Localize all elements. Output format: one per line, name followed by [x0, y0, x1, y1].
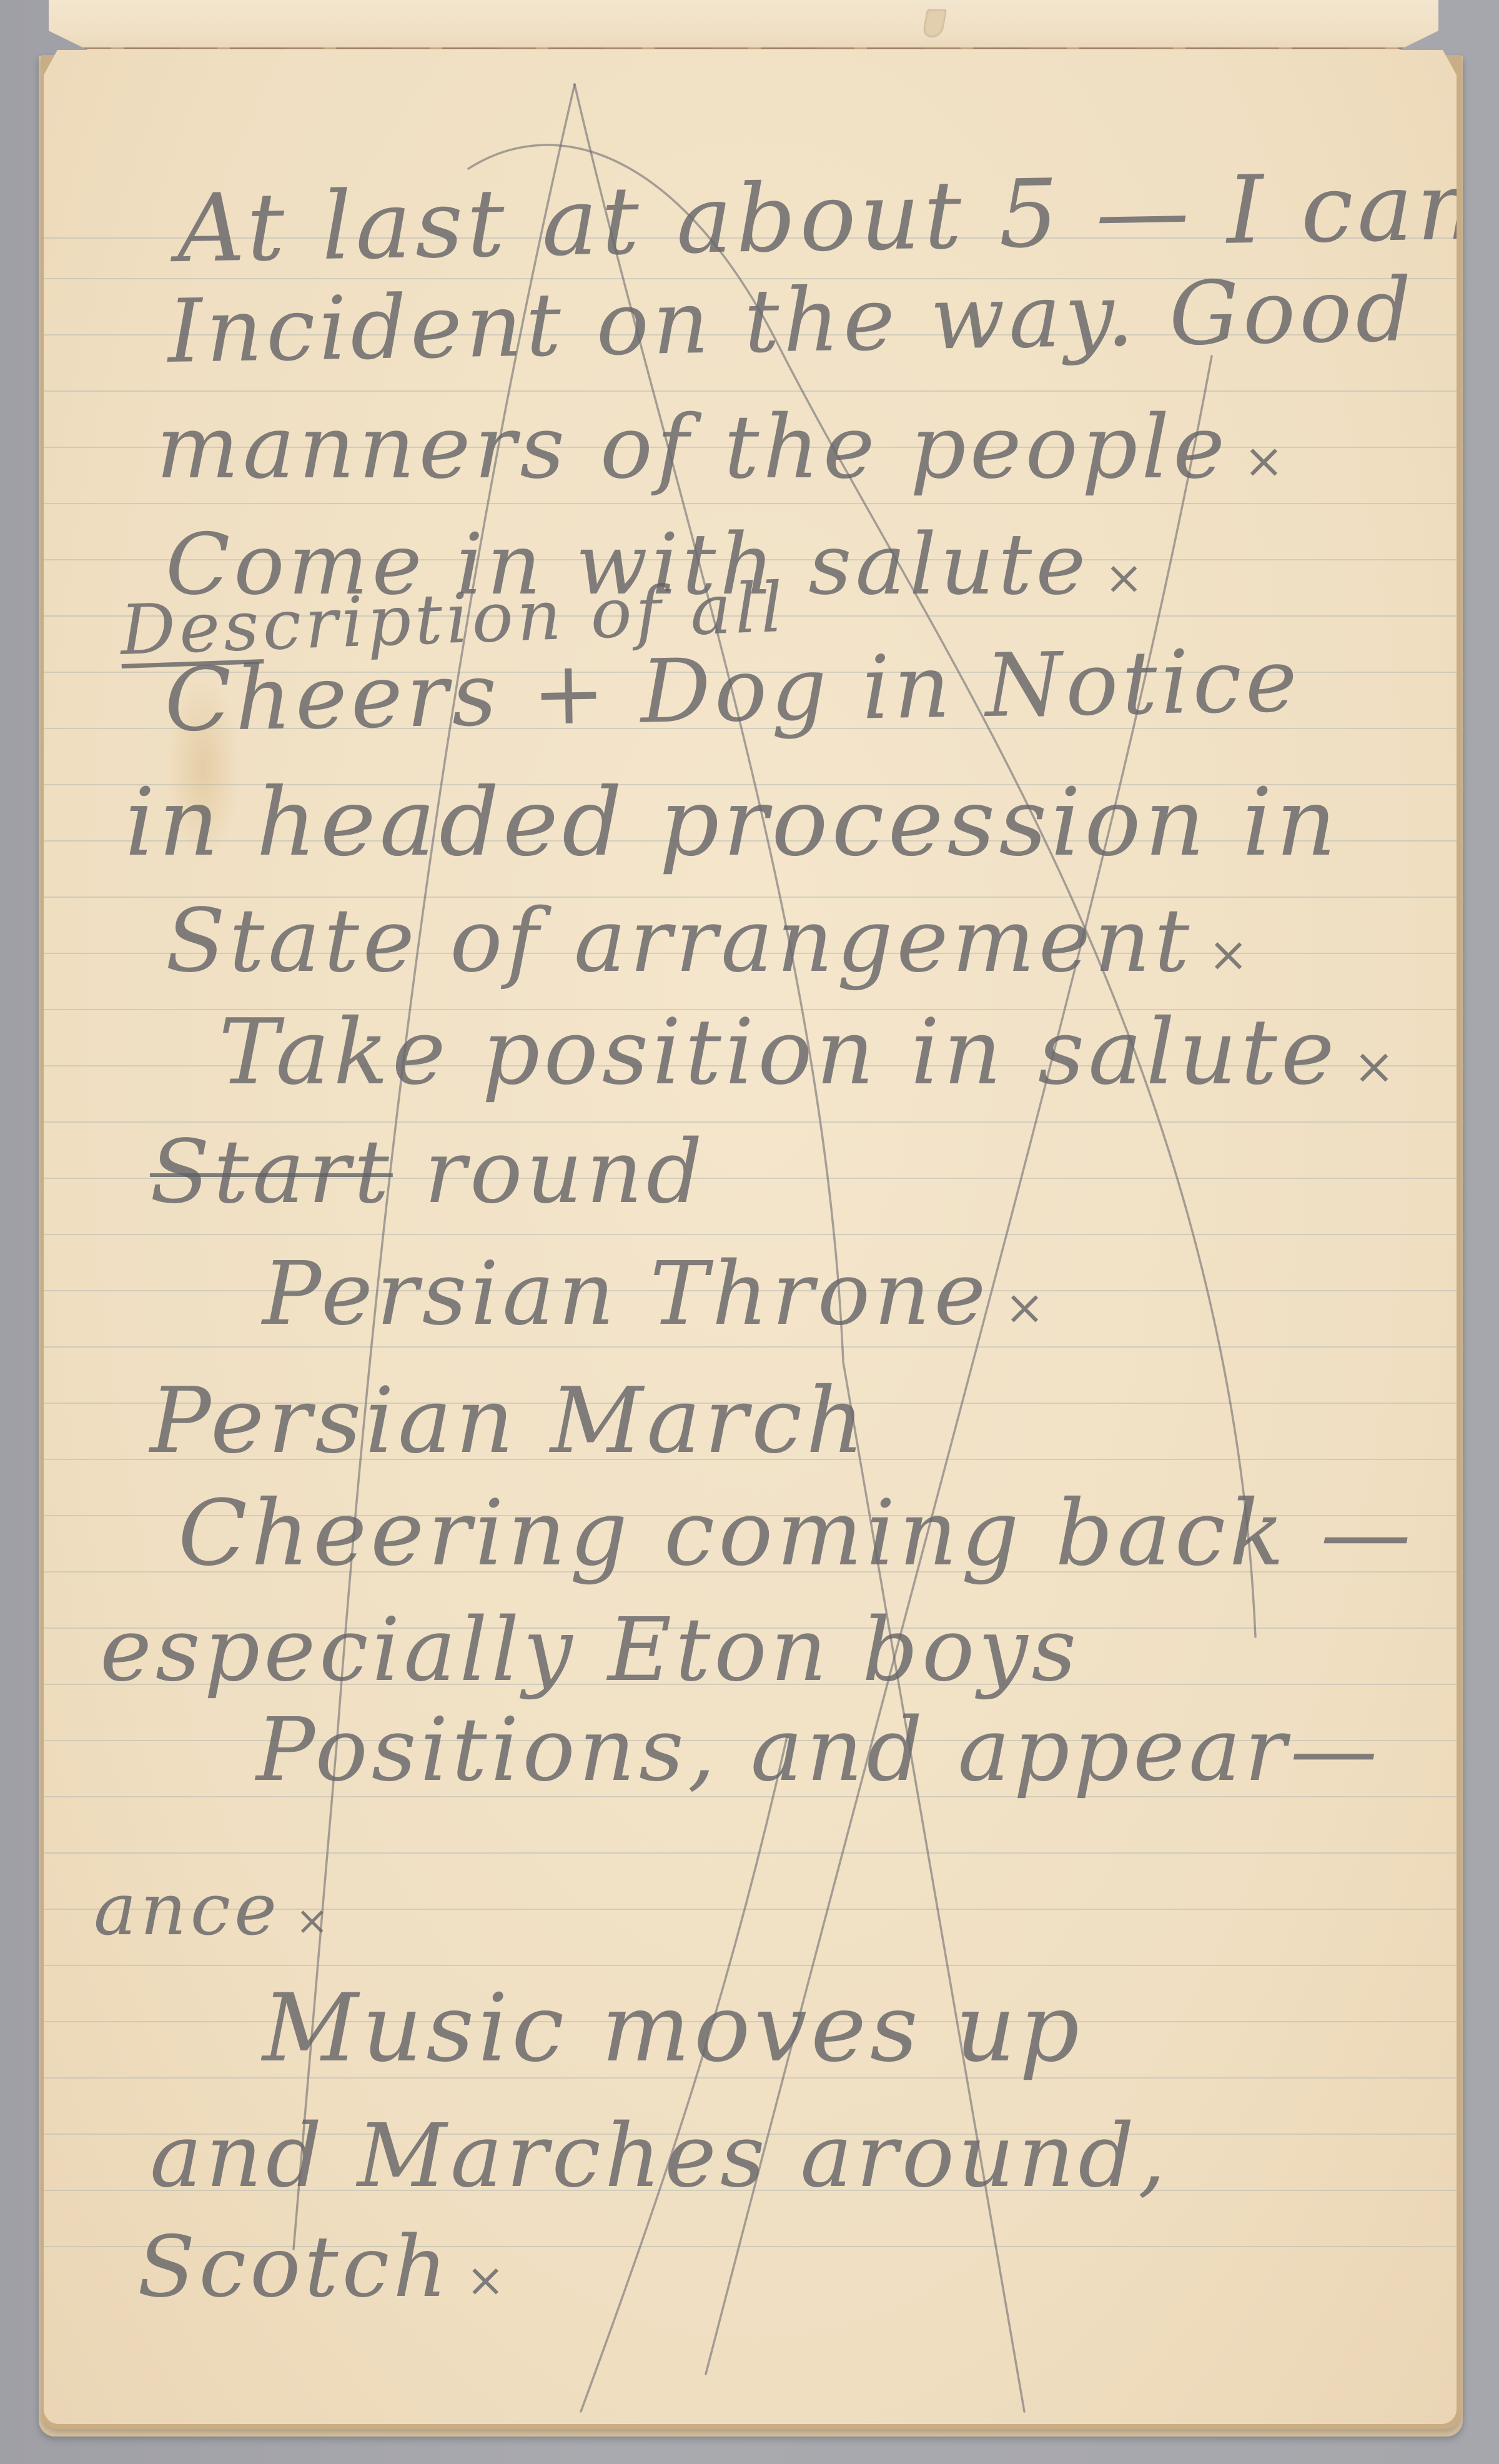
line-text: State of arrangement	[166, 890, 1193, 992]
handwritten-line-3: manners of the people×	[156, 397, 1288, 499]
rule-line	[44, 1346, 1457, 1348]
line-text: and Marches around,	[150, 2105, 1169, 2207]
handwritten-line-14: especially Eton boys	[100, 1599, 1080, 1701]
line-text: Positions, and appear—	[256, 1699, 1381, 1801]
rule-line	[44, 1965, 1457, 1966]
handwritten-line-19: Scotch×	[137, 2218, 508, 2316]
handwritten-line-7: in headed procession in	[125, 768, 1340, 877]
handwritten-line-2: Incident on the way. Good	[167, 259, 1416, 383]
line-text: Scotch	[137, 2218, 451, 2316]
line-text: especially Eton boys	[100, 1599, 1080, 1701]
line-text: in headed procession in	[125, 768, 1340, 877]
check-mark: ×	[1104, 550, 1147, 605]
line-text: Persian March	[150, 1368, 868, 1474]
line-text: manners of the people	[156, 397, 1229, 499]
handwritten-line-12: Persian March	[150, 1368, 868, 1474]
line-text: round	[393, 1121, 706, 1223]
handwritten-line-6: Cheers + Dog in Notice	[164, 630, 1302, 752]
line-text: Take position in salute	[219, 1000, 1338, 1105]
struck-text: Start	[150, 1121, 393, 1223]
rule-line	[44, 503, 1457, 504]
handwritten-line-9: Take position in salute×	[219, 1000, 1398, 1105]
handwritten-line-11: Persian Throne×	[262, 1243, 1049, 1345]
check-mark: ×	[1208, 927, 1252, 983]
check-mark: ×	[295, 1897, 332, 1944]
previous-page-fold	[49, 0, 1438, 51]
check-mark: ×	[466, 2253, 508, 2307]
handwritten-line-8: State of arrangement×	[166, 890, 1252, 992]
check-mark: ×	[1353, 1037, 1399, 1095]
handwritten-line-10: Start round	[150, 1121, 706, 1223]
handwritten-line-15: Positions, and appear—	[256, 1699, 1381, 1801]
line-text: Incident on the way. Good	[167, 259, 1416, 383]
rule-line	[44, 390, 1457, 392]
rule-line	[44, 1852, 1457, 1854]
line-text: Music moves up	[262, 1974, 1083, 2083]
check-mark: ×	[1244, 434, 1288, 489]
fold-crease	[74, 47, 1420, 49]
handwritten-line-16: ance×	[94, 1868, 332, 1952]
line-text: Cheers + Dog in Notice	[164, 630, 1302, 752]
check-mark: ×	[1004, 1280, 1049, 1336]
line-text: Persian Throne	[262, 1243, 989, 1345]
handwritten-line-18: and Marches around,	[150, 2105, 1169, 2207]
rule-line	[44, 1234, 1457, 1235]
handwritten-line-17: Music moves up	[262, 1974, 1083, 2083]
line-text: Cheering coming back —	[178, 1481, 1415, 1586]
handwritten-line-13: Cheering coming back —	[178, 1481, 1415, 1586]
line-text: ance	[94, 1868, 280, 1952]
notebook-page: At last at about 5 — I came Incident on …	[44, 50, 1457, 2424]
